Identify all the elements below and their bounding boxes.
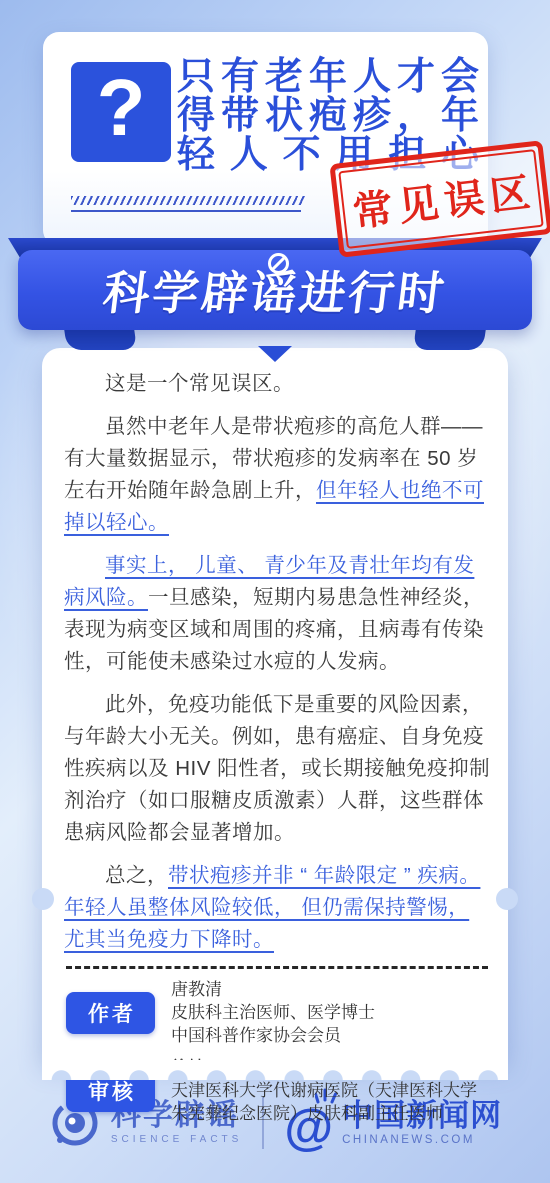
down-triangle-icon — [258, 346, 292, 362]
reviewer-affiliation-2: 朱宪彝纪念医院）皮肤科副主任医师 — [171, 1102, 477, 1125]
chinanews-name-en: CHINANEWS.COM — [342, 1134, 502, 1146]
paragraph-text: 总之， — [105, 864, 168, 887]
body-paragraph-3: 事实上， 儿童、 青少年及青壮年均有发病风险。一旦感染，短期内易患急性神经炎，表… — [64, 550, 492, 678]
content-card: 这是一个常见误区。 虽然中老年人是带状疱疹的高危人群——有大量数据显示，带状疱疹… — [42, 348, 508, 1060]
hatch-stripes-decoration — [71, 196, 305, 205]
body-paragraph-5: 总之，带状疱疹并非 “ 年龄限定 ” 疾病。 年轻人虽整体风险较低， 但仍需保持… — [64, 860, 492, 956]
paragraph-text: 这是一个常见误区。 — [105, 372, 294, 395]
body-paragraph-1: 这是一个常见误区。 — [64, 368, 492, 400]
poster: ? 只有老年人才会 得带状疱疹，年 轻人不用担心 常见误区 科学辟谣进行时 这是… — [0, 0, 550, 1183]
author-title: 皮肤科主治医师、医学博士 — [171, 1001, 375, 1024]
reviewer-affiliation-1: 天津医科大学代谢病医院（天津医科大学 — [171, 1079, 477, 1102]
author-badge: 作者 — [66, 992, 155, 1034]
paragraph-text: 此外，免疫功能低下是重要的风险因素，与年龄大小无关。例如，患有癌症、自身免疫性疾… — [64, 693, 490, 844]
author-info: 唐教清 皮肤科主治医师、医学博士 中国科普作家协会会员 — [171, 978, 375, 1047]
question-mark-glyph: ? — [97, 68, 146, 148]
science-facts-name-en: SCIENCE FACTS — [111, 1134, 242, 1145]
stamp-label: 常见误区 — [338, 149, 544, 249]
author-affiliation: 中国科普作家协会会员 — [171, 1024, 375, 1047]
body-paragraph-2: 虽然中老年人是带状疱疹的高危人群——有大量数据显示，带状疱疹的发病率在 50 岁… — [64, 411, 492, 539]
headline-line-2: 得带状疱疹，年 — [177, 97, 479, 136]
body-paragraph-4: 此外，免疫功能低下是重要的风险因素，与年龄大小无关。例如，患有癌症、自身免疫性疾… — [64, 689, 492, 849]
question-mark-icon: ? — [71, 62, 171, 162]
headline-line-1: 只有老年人才会 — [177, 58, 479, 97]
ticket-notch-right — [496, 888, 518, 910]
ticket-scallop-edge — [42, 1060, 508, 1080]
underline-decoration — [71, 210, 301, 212]
article-body: 这是一个常见误区。 虽然中老年人是带状疱疹的高危人群——有大量数据显示，带状疱疹… — [42, 348, 508, 1125]
section-banner: 科学辟谣进行时 — [18, 250, 532, 330]
banner-title: 科学辟谣进行时 — [99, 257, 450, 323]
dashed-separator — [66, 966, 488, 969]
author-row: 作者 唐教清 皮肤科主治医师、医学博士 中国科普作家协会会员 — [66, 978, 492, 1047]
author-name: 唐教清 — [171, 978, 375, 1001]
ticket-notch-left — [32, 888, 54, 910]
